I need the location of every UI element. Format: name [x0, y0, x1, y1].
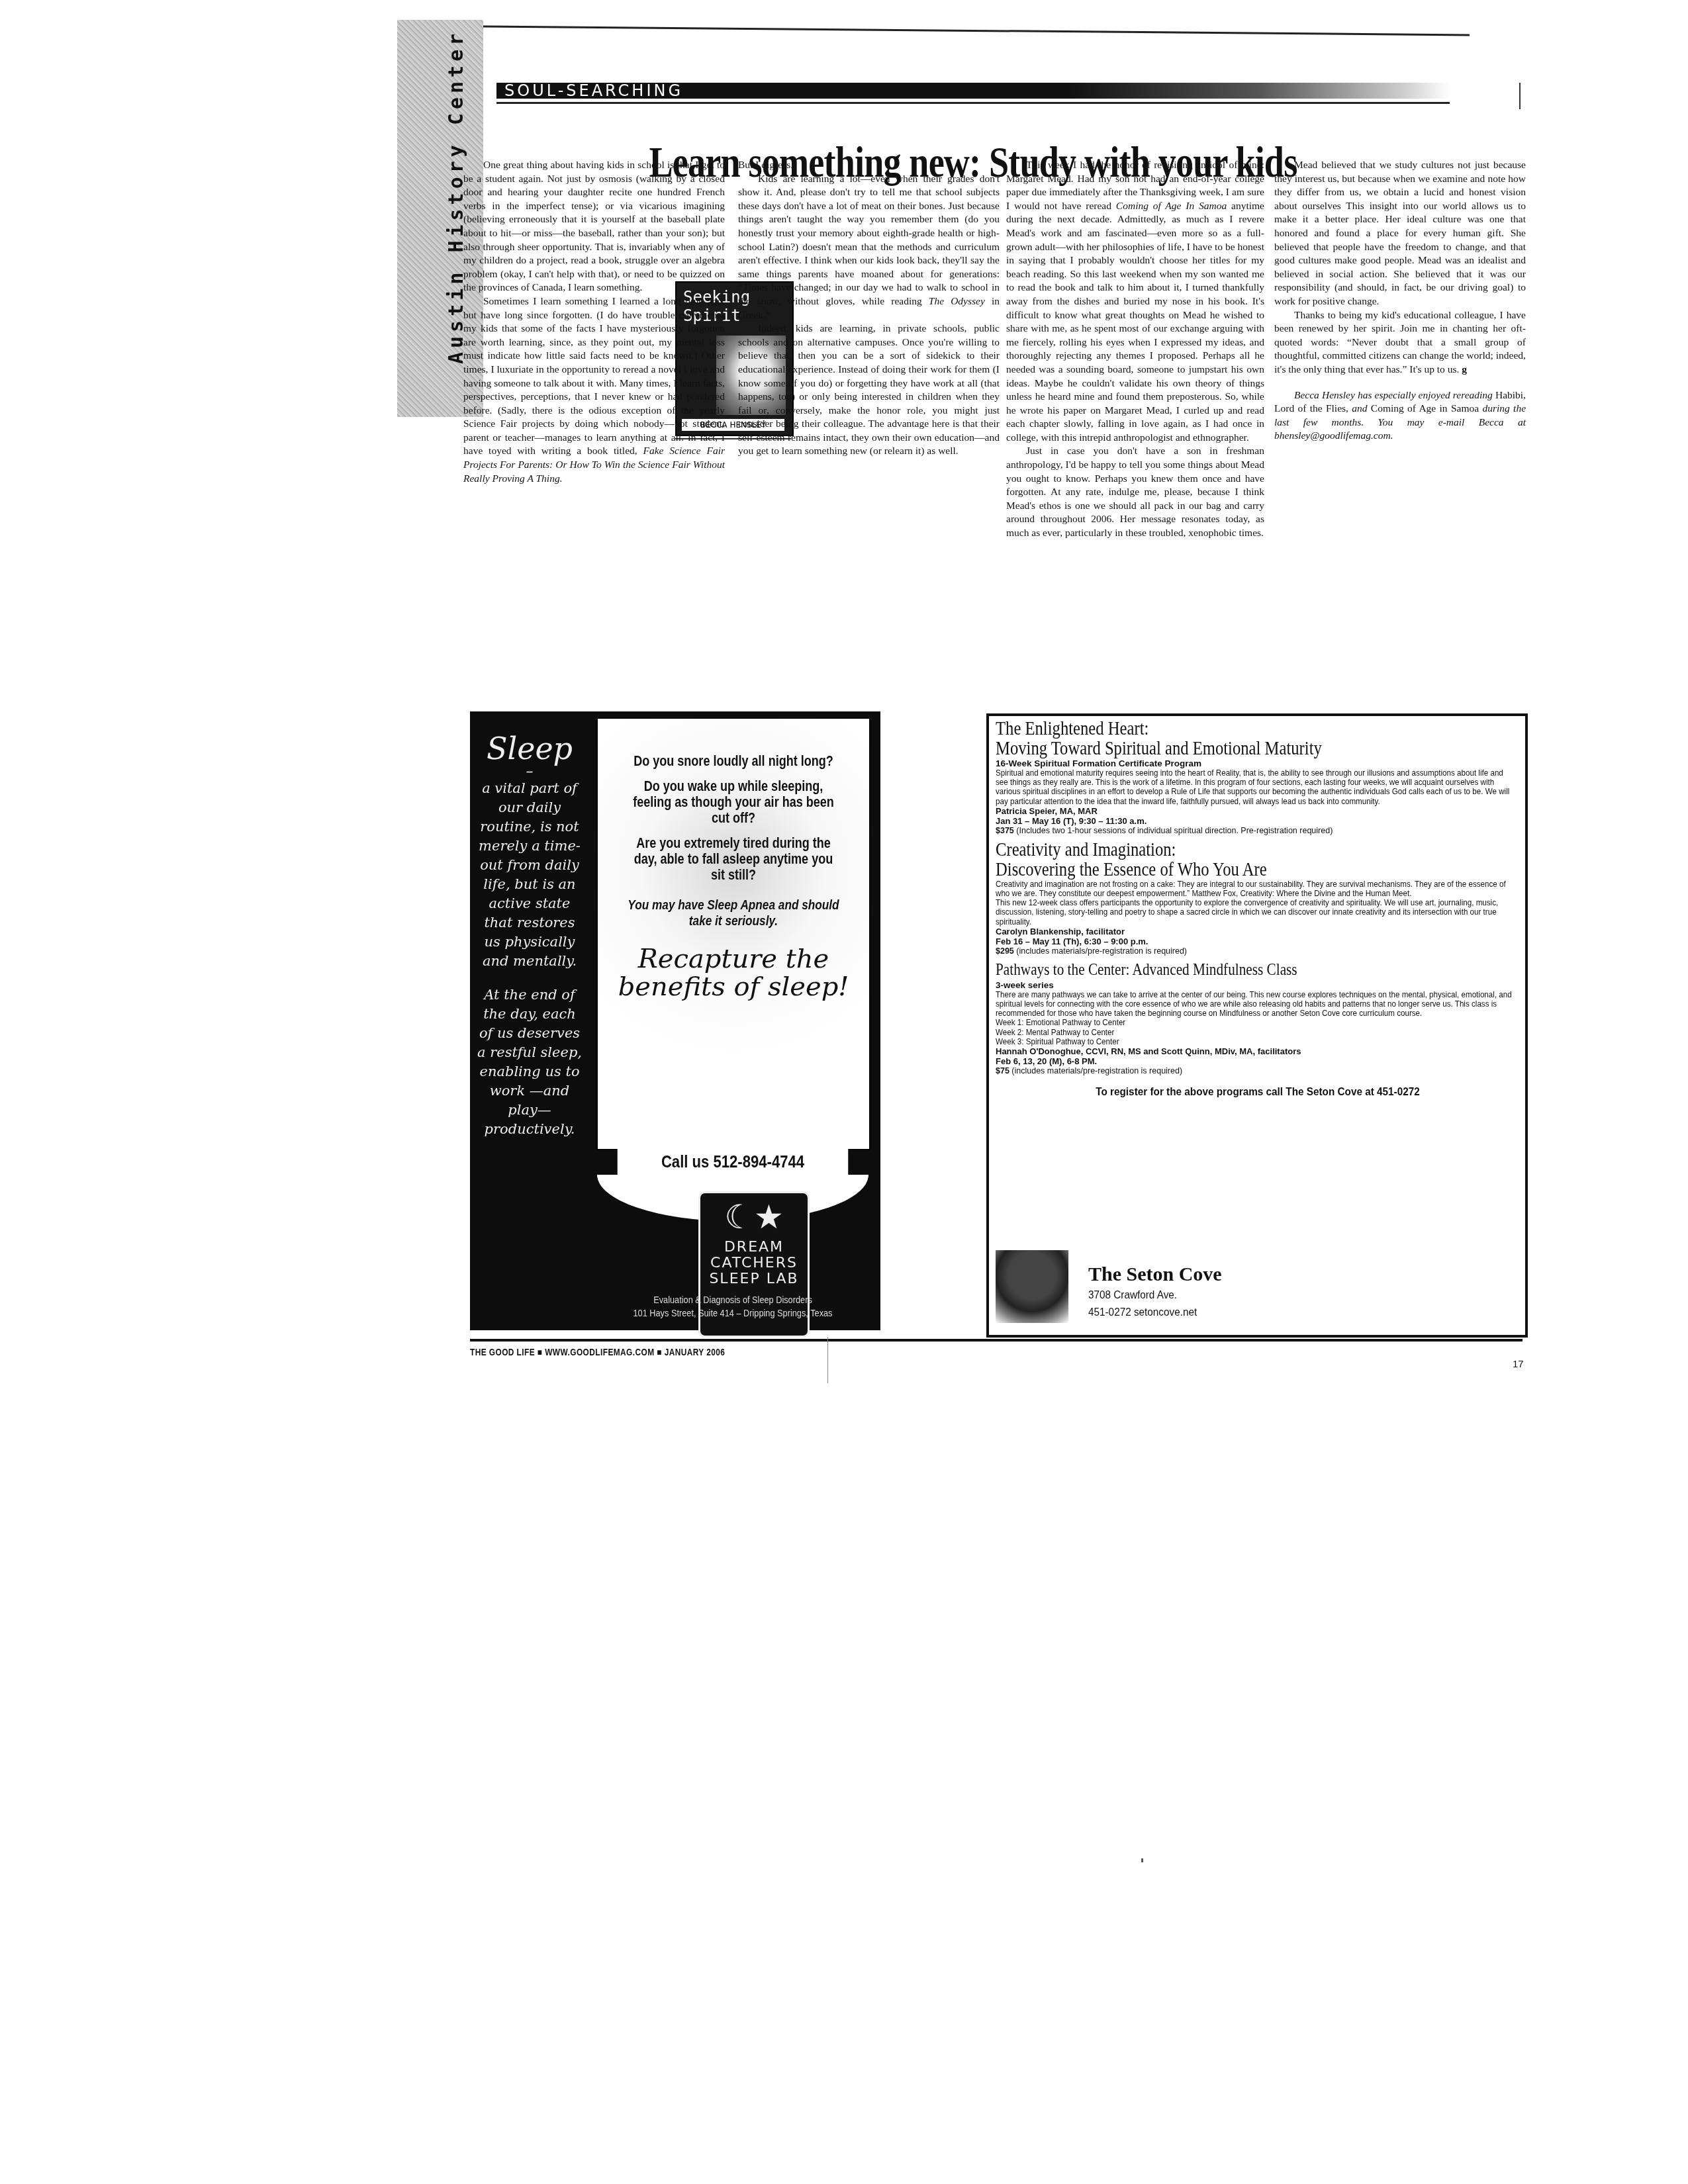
- sleep-title: Sleep: [470, 731, 589, 766]
- author-bio: Becca Hensley has especially enjoyed rer…: [1274, 389, 1526, 443]
- tree-logo-icon: [996, 1250, 1068, 1323]
- seton-cove-address: 3708 Crawford Ave.: [1088, 1289, 1177, 1302]
- sleep-address-block: Evaluation & Diagnosis of Sleep Disorder…: [618, 1294, 849, 1320]
- article-column-2: But I digress.) Kids are learning a lot—…: [738, 159, 1000, 459]
- article-column-1: One great thing about having kids in sch…: [463, 159, 725, 486]
- sleep-question: Do you snore loudly all night long?: [626, 753, 841, 769]
- article-paragraph: One great thing about having kids in sch…: [463, 159, 725, 295]
- magazine-page: Austin History Center SOUL-SEARCHING Lea…: [397, 20, 1542, 1396]
- page-number: 17: [1513, 1359, 1524, 1370]
- footer-rule: [470, 1339, 1523, 1342]
- sleep-tagline: Recapture the benefits of sleep!: [598, 945, 869, 1001]
- program-enlightened-heart: The Enlightened Heart: Moving Toward Spi…: [996, 719, 1520, 836]
- seton-cove-name: The Seton Cove: [1088, 1263, 1222, 1286]
- registration-cta: To register for the above programs call …: [1022, 1085, 1494, 1099]
- sleep-poem-2: At the end of the day, each of us deserv…: [470, 985, 589, 1139]
- section-underline: [496, 102, 1450, 104]
- sleep-lab-ad: Sleep – a vital part of our daily routin…: [470, 711, 880, 1330]
- page-footer: THE GOOD LIFE ■ WWW.GOODLIFEMAG.COM ■ JA…: [470, 1347, 725, 1357]
- crop-mark: [827, 1337, 828, 1383]
- end-mark-icon: g: [1462, 364, 1467, 375]
- sleep-question: Do you wake up while sleeping, feeling a…: [626, 778, 841, 826]
- program-pathways: Pathways to the Center: Advanced Mindful…: [996, 960, 1520, 1076]
- seton-cove-contact: 451-0272 setoncove.net: [1088, 1306, 1197, 1319]
- sleep-dash: –: [470, 766, 589, 779]
- article-paragraph: Kids are learning a lot—even when their …: [738, 173, 1000, 323]
- moon-star-icon: ☾★: [700, 1195, 808, 1240]
- article-column-4: Mead believed that we study cultures not…: [1274, 159, 1526, 443]
- seton-cove-ad: The Enlightened Heart: Moving Toward Spi…: [986, 713, 1528, 1338]
- article-paragraph: But I digress.): [738, 159, 1000, 173]
- article-paragraph: Indeed, kids are learning, in private sc…: [738, 322, 1000, 459]
- section-banner: SOUL-SEARCHING: [496, 83, 1450, 99]
- article-paragraph: Thanks to being my kid's educational col…: [1274, 309, 1526, 377]
- sleep-phone-cta: Call us 512-894-4744: [618, 1148, 849, 1175]
- sleep-apnea-warning: You may have Sleep Apnea and should take…: [622, 897, 845, 929]
- margin-mark: [1519, 83, 1521, 109]
- article-paragraph: Just in case you don't have a son in fre…: [1006, 445, 1264, 540]
- sleep-question: Are you extremely tired during the day, …: [626, 835, 841, 883]
- sleep-questions-panel: Do you snore loudly all night long? Do y…: [597, 718, 870, 1150]
- scan-speck: [1141, 1858, 1143, 1862]
- program-creativity: Creativity and Imagination: Discovering …: [996, 840, 1520, 956]
- article-column-3: This week I had the honor of revisiting …: [1006, 159, 1264, 541]
- article-paragraph: This week I had the honor of revisiting …: [1006, 159, 1264, 445]
- article-paragraph: Sometimes I learn something I learned a …: [463, 295, 725, 486]
- article-paragraph: Mead believed that we study cultures not…: [1274, 159, 1526, 309]
- top-rule: [450, 25, 1470, 36]
- section-label: SOUL-SEARCHING: [504, 83, 683, 99]
- sleep-poem-1: a vital part of our daily routine, is no…: [470, 779, 589, 971]
